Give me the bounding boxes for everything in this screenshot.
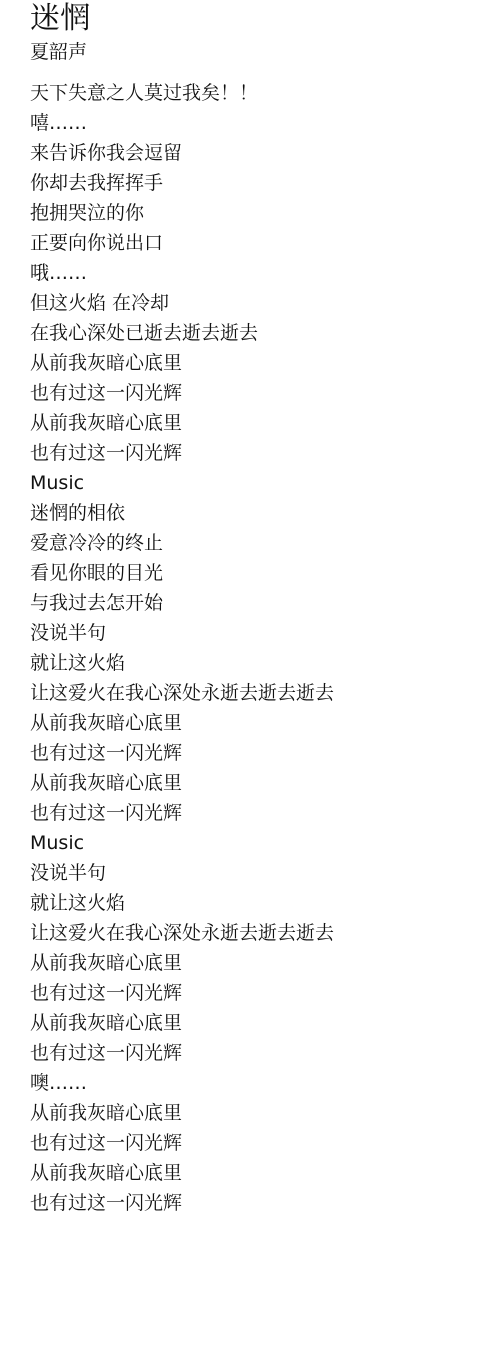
- lyric-line: 没说半句: [30, 618, 334, 648]
- lyric-line: 天下失意之人莫过我矣！！: [30, 78, 334, 108]
- lyric-line: 让这爱火在我心深处永逝去逝去逝去: [30, 918, 334, 948]
- lyric-line: 噢……: [30, 1068, 334, 1098]
- lyric-line: 嘻……: [30, 108, 334, 138]
- artist-name: 夏韶声: [30, 38, 490, 66]
- lyric-line: 也有过这一闪光辉: [30, 798, 334, 828]
- lyric-line: 但这火焰 在冷却: [30, 288, 334, 318]
- lyric-line: 让这爱火在我心深处永逝去逝去逝去: [30, 678, 334, 708]
- lyric-line: Music: [30, 468, 334, 498]
- lyric-line: 从前我灰暗心底里: [30, 1008, 334, 1038]
- lyric-line: 也有过这一闪光辉: [30, 1038, 334, 1068]
- lyric-line: 也有过这一闪光辉: [30, 1188, 334, 1218]
- lyrics-list: 天下失意之人莫过我矣！！嘻……来告诉你我会逗留你却去我挥挥手抱拥哭泣的你正要向你…: [30, 78, 334, 1218]
- lyrics-page: 迷惘 夏韶声 天下失意之人莫过我矣！！嘻……来告诉你我会逗留你却去我挥挥手抱拥哭…: [30, 0, 490, 66]
- lyric-line: 就让这火焰: [30, 648, 334, 678]
- lyric-line: 从前我灰暗心底里: [30, 708, 334, 738]
- lyric-line: 抱拥哭泣的你: [30, 198, 334, 228]
- lyric-line: 从前我灰暗心底里: [30, 948, 334, 978]
- lyric-line: 迷惘的相依: [30, 498, 334, 528]
- lyric-line: 从前我灰暗心底里: [30, 1098, 334, 1128]
- lyric-line: 也有过这一闪光辉: [30, 438, 334, 468]
- lyric-line: 从前我灰暗心底里: [30, 348, 334, 378]
- lyric-line: 就让这火焰: [30, 888, 334, 918]
- lyric-line: 看见你眼的目光: [30, 558, 334, 588]
- lyric-line: 也有过这一闪光辉: [30, 1128, 334, 1158]
- lyric-line: 没说半句: [30, 858, 334, 888]
- lyric-line: 正要向你说出口: [30, 228, 334, 258]
- lyric-line: Music: [30, 828, 334, 858]
- lyric-line: 你却去我挥挥手: [30, 168, 334, 198]
- lyric-line: 来告诉你我会逗留: [30, 138, 334, 168]
- lyric-line: 从前我灰暗心底里: [30, 1158, 334, 1188]
- lyric-line: 从前我灰暗心底里: [30, 768, 334, 798]
- lyric-line: 在我心深处已逝去逝去逝去: [30, 318, 334, 348]
- lyric-line: 哦……: [30, 258, 334, 288]
- lyric-line: 也有过这一闪光辉: [30, 378, 334, 408]
- lyric-line: 也有过这一闪光辉: [30, 978, 334, 1008]
- lyric-line: 也有过这一闪光辉: [30, 738, 334, 768]
- song-title: 迷惘: [30, 0, 490, 38]
- lyric-line: 与我过去怎开始: [30, 588, 334, 618]
- lyric-line: 爱意冷冷的终止: [30, 528, 334, 558]
- lyric-line: 从前我灰暗心底里: [30, 408, 334, 438]
